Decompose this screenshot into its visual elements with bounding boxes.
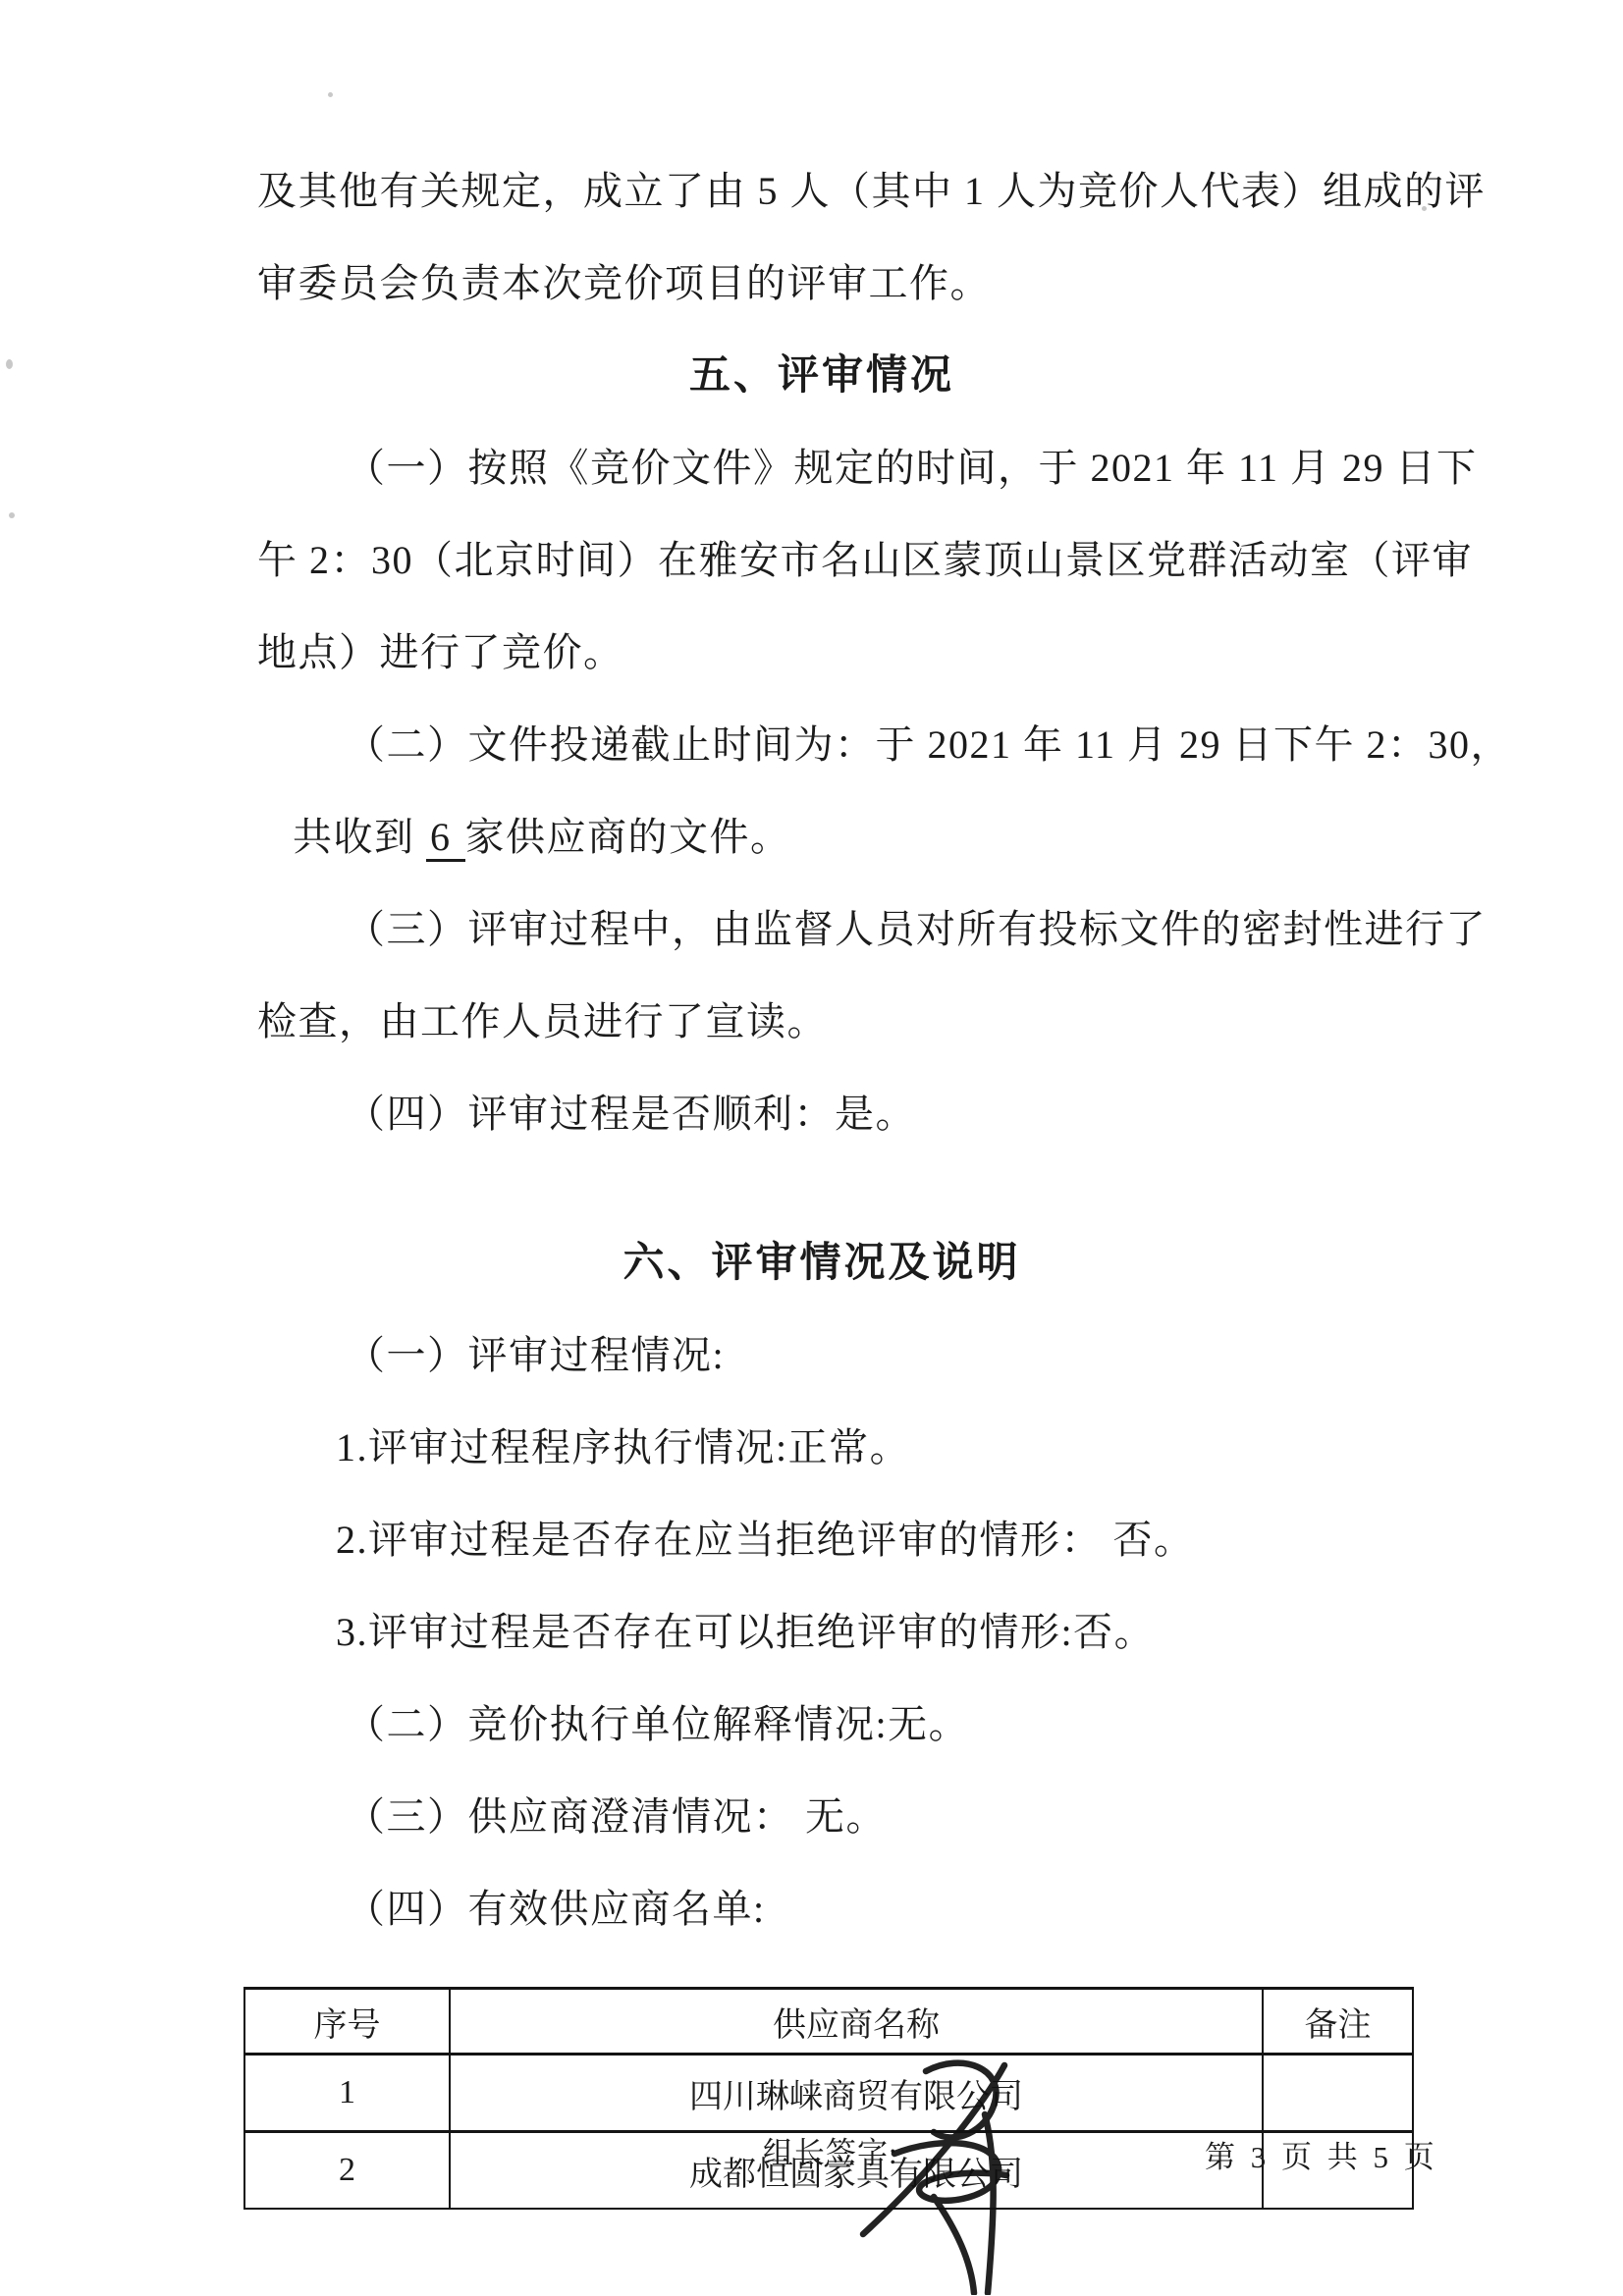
section5-item1-line: （一）按照《竞价文件》规定的时间，于 2021 年 11 月 29 日下	[257, 422, 1386, 514]
intro-line: 审委员会负责本次竞价项目的评审工作。	[257, 238, 1386, 330]
page-number-indicator: 第 3 页 共 5 页	[1205, 2132, 1438, 2176]
section6-item-line: 3.评审过程是否存在可以拒绝评审的情形:否。	[257, 1586, 1386, 1679]
section5-item3-line: （三）评审过程中，由监督人员对所有投标文件的密封性进行了	[257, 883, 1386, 976]
section5-item4-line: （四）评审过程是否顺利：是。	[257, 1068, 1386, 1160]
section6-item-line: （二）竞价执行单位解释情况:无。	[257, 1679, 1386, 1771]
scan-speck	[9, 512, 15, 518]
intro-line: 及其他有关规定，成立了由 5 人（其中 1 人为竞价人代表）组成的评	[257, 145, 1386, 238]
table-row: 1 四川琳崃商贸有限公司	[244, 2055, 1413, 2132]
received-prefix: 共收到	[293, 815, 415, 859]
scan-speck	[328, 92, 333, 97]
section6-item-line: 2.评审过程是否存在应当拒绝评审的情形： 否。	[257, 1494, 1386, 1586]
section5-item1-line: 午 2：30（北京时间）在雅安市名山区蒙顶山景区党群活动室（评审	[257, 514, 1386, 607]
section5-item1-line: 地点）进行了竞价。	[257, 607, 1386, 699]
column-header-remark: 备注	[1263, 1989, 1413, 2055]
section5-item2-line: （二）文件投递截止时间为：于 2021 年 11 月 29 日下午 2：30，	[257, 699, 1386, 791]
leader-signature-handwriting	[838, 2050, 1068, 2295]
section5-item2-line: 共收到 6家供应商的文件。	[257, 791, 1386, 883]
section6-item-line: （三）供应商澄清情况： 无。	[257, 1771, 1386, 1863]
section6-title: 六、评审情况及说明	[257, 1217, 1386, 1309]
supplier-count-underlined: 6	[426, 815, 465, 862]
scan-speck	[6, 359, 13, 369]
section5-item3-line: 检查，由工作人员进行了宣读。	[257, 976, 1386, 1068]
column-header-supplier-name: 供应商名称	[450, 1989, 1263, 2055]
section6-item-line: （四）有效供应商名单:	[257, 1863, 1386, 1955]
document-body: 及其他有关规定，成立了由 5 人（其中 1 人为竞价人代表）组成的评 审委员会负…	[257, 145, 1386, 2210]
scanned-document-page: 及其他有关规定，成立了由 5 人（其中 1 人为竞价人代表）组成的评 审委员会负…	[0, 0, 1623, 2296]
received-suffix: 家供应商的文件。	[465, 815, 791, 859]
table-header-row: 序号 供应商名称 备注	[244, 1989, 1413, 2055]
cell-no: 2	[244, 2132, 450, 2210]
section5-title: 五、评审情况	[257, 330, 1386, 422]
section6-item-line: 1.评审过程程序执行情况:正常。	[257, 1402, 1386, 1494]
section6-item-line: （一）评审过程情况:	[257, 1309, 1386, 1402]
cell-no: 1	[244, 2055, 450, 2132]
cell-remark	[1263, 2055, 1413, 2132]
scan-speck	[1422, 206, 1427, 211]
column-header-no: 序号	[244, 1989, 450, 2055]
